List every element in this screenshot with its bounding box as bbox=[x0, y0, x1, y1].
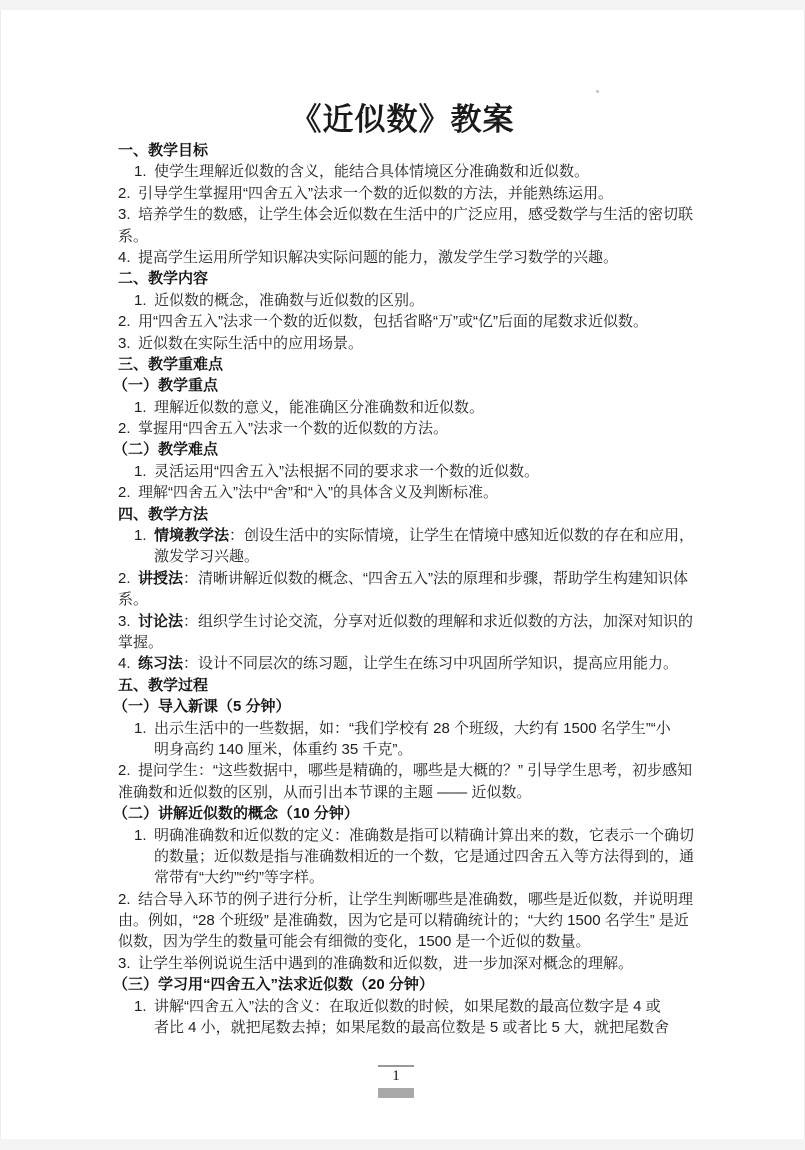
line-text: 提问学生：“这些数据中，哪些是精确的，哪些是大概的？” 引导学生思考，初步感知 bbox=[138, 762, 692, 779]
page-number: 1 bbox=[378, 1067, 414, 1086]
line-text: 培养学生的数感，让学生体会近似数在生活中的广泛应用，感受数学与生活的密切联 bbox=[138, 206, 693, 223]
doc-line: 3.讨论法：组织学生讨论交流，分享对近似数的理解和求近似数的方法，加深对知识的 bbox=[118, 611, 693, 632]
line-text: 准确数和近似数的区别，从而引出本节课的主题 —— 近似数。 bbox=[118, 784, 531, 801]
line-text: 明确准确数和近似数的定义：准确数是指可以精确计算出来的数，它表示一个确切 bbox=[154, 827, 694, 844]
doc-heading: （二）教学难点 bbox=[113, 439, 693, 460]
line-text: 引导学生掌握用“四舍五入”法求一个数的近似数的方法，并能熟练运用。 bbox=[138, 185, 613, 202]
line-text: 近似数的概念，准确数与近似数的区别。 bbox=[154, 292, 424, 309]
doc-heading: （二）讲解近似数的概念（10 分钟） bbox=[113, 803, 693, 824]
line-text: ：设计不同层次的练习题，让学生在练习中巩固所学知识，提高应用能力。 bbox=[183, 655, 678, 672]
doc-line: 掌握。 bbox=[118, 632, 693, 653]
doc-line: 4.练习法：设计不同层次的练习题，让学生在练习中巩固所学知识，提高应用能力。 bbox=[118, 653, 693, 674]
line-text: （二）讲解近似数的概念（10 分钟） bbox=[113, 805, 359, 822]
list-number: 3. bbox=[118, 611, 138, 632]
list-number: 2. bbox=[118, 889, 138, 910]
line-text: （三）学习用“四舍五入”法求近似数（20 分钟） bbox=[113, 976, 434, 993]
line-text: 二、教学内容 bbox=[118, 270, 208, 287]
doc-line: 1.情境教学法：创设生活中的实际情境，让学生在情境中感知近似数的存在和应用， bbox=[118, 525, 693, 546]
doc-heading: （一）导入新课（5 分钟） bbox=[113, 696, 693, 717]
list-number: 4. bbox=[118, 247, 138, 268]
line-text: 五、教学过程 bbox=[118, 677, 208, 694]
doc-heading: 四、教学方法 bbox=[118, 504, 693, 525]
line-text: 讲解“四舍五入”法的含义：在取近似数的时候，如果尾数的最高位数字是 4 或 bbox=[154, 998, 661, 1015]
doc-heading: （三）学习用“四舍五入”法求近似数（20 分钟） bbox=[113, 974, 693, 995]
line-text: 让学生举例说说生活中遇到的准确数和近似数，进一步加深对概念的理解。 bbox=[138, 955, 633, 972]
line-text: 系。 bbox=[118, 591, 148, 608]
line-text: ：创设生活中的实际情境，让学生在情境中感知近似数的存在和应用， bbox=[229, 527, 694, 544]
line-text: 使学生理解近似数的含义，能结合具体情境区分准确数和近似数。 bbox=[154, 163, 589, 180]
line-text: 一、教学目标 bbox=[118, 142, 208, 159]
line-text: 似数，因为学生的数量可能会有细微的变化，1500 是一个近似的数量。 bbox=[118, 933, 591, 950]
doc-line: 1.理解近似数的意义，能准确区分准确数和近似数。 bbox=[118, 397, 693, 418]
list-number: 2. bbox=[118, 760, 138, 781]
list-number: 2. bbox=[118, 418, 138, 439]
method-name-bold: 情境教学法 bbox=[154, 527, 229, 544]
doc-heading: 二、教学内容 bbox=[118, 268, 693, 289]
line-text: 结合导入环节的例子进行分析，让学生判断哪些是准确数，哪些是近似数，并说明理 bbox=[138, 891, 693, 908]
list-number: 2. bbox=[118, 311, 138, 332]
method-name-bold: 讨论法 bbox=[138, 613, 183, 630]
doc-line: 明身高约 140 厘米，体重约 35 千克”。 bbox=[118, 739, 693, 760]
list-number: 3. bbox=[118, 333, 138, 354]
line-text: 的数量；近似数是指与准确数相近的一个数，它是通过四舍五入等方法得到的，通 bbox=[154, 848, 694, 865]
line-text: 明身高约 140 厘米，体重约 35 千克”。 bbox=[154, 741, 412, 758]
doc-line: 1.灵活运用“四舍五入”法根据不同的要求求一个数的近似数。 bbox=[118, 461, 693, 482]
line-text: 四、教学方法 bbox=[118, 506, 208, 523]
line-text: 三、教学重难点 bbox=[118, 356, 223, 373]
scan-speck bbox=[596, 90, 599, 93]
doc-line: 由。例如，“28 个班级” 是准确数，因为它是可以精确统计的；“大约 1500 … bbox=[118, 910, 693, 931]
doc-line: 准确数和近似数的区别，从而引出本节课的主题 —— 近似数。 bbox=[118, 782, 693, 803]
line-text: 系。 bbox=[118, 228, 148, 245]
doc-line: 1.近似数的概念，准确数与近似数的区别。 bbox=[118, 290, 693, 311]
list-number: 1. bbox=[134, 161, 154, 182]
line-text: 提高学生运用所学知识解决实际问题的能力，激发学生学习数学的兴趣。 bbox=[138, 249, 618, 266]
doc-line: 2.提问学生：“这些数据中，哪些是精确的，哪些是大概的？” 引导学生思考，初步感… bbox=[118, 760, 693, 781]
list-number: 1. bbox=[134, 825, 154, 846]
list-number: 2. bbox=[118, 183, 138, 204]
doc-heading: （一）教学重点 bbox=[113, 375, 693, 396]
doc-line: 激发学习兴趣。 bbox=[118, 546, 693, 567]
doc-line: 2.掌握用“四舍五入”法求一个数的近似数的方法。 bbox=[118, 418, 693, 439]
doc-line: 4.提高学生运用所学知识解决实际问题的能力，激发学生学习数学的兴趣。 bbox=[118, 247, 693, 268]
doc-line: 2.结合导入环节的例子进行分析，让学生判断哪些是准确数，哪些是近似数，并说明理 bbox=[118, 889, 693, 910]
doc-heading: 五、教学过程 bbox=[118, 675, 693, 696]
line-text: 掌握用“四舍五入”法求一个数的近似数的方法。 bbox=[138, 420, 448, 437]
doc-heading: 三、教学重难点 bbox=[118, 354, 693, 375]
doc-line: 系。 bbox=[118, 226, 693, 247]
line-text: 激发学习兴趣。 bbox=[154, 548, 259, 565]
line-text: 灵活运用“四舍五入”法根据不同的要求求一个数的近似数。 bbox=[154, 463, 539, 480]
line-text: 理解近似数的意义，能准确区分准确数和近似数。 bbox=[154, 399, 484, 416]
line-text: 常带有“大约”“约”等字样。 bbox=[154, 869, 324, 886]
line-text: 用“四舍五入”法求一个数的近似数，包括省略“万”或“亿”后面的尾数求近似数。 bbox=[138, 313, 648, 330]
doc-line: 者比 4 小，就把尾数去掉；如果尾数的最高位数是 5 或者比 5 大，就把尾数舍 bbox=[118, 1017, 693, 1038]
list-number: 1. bbox=[134, 996, 154, 1017]
doc-line: 似数，因为学生的数量可能会有细微的变化，1500 是一个近似的数量。 bbox=[118, 931, 693, 952]
line-text: （二）教学难点 bbox=[113, 441, 218, 458]
method-name-bold: 练习法 bbox=[138, 655, 183, 672]
doc-line: 3.培养学生的数感，让学生体会近似数在生活中的广泛应用，感受数学与生活的密切联 bbox=[118, 204, 693, 225]
doc-line: 3.近似数在实际生活中的应用场景。 bbox=[118, 333, 693, 354]
list-number: 4. bbox=[118, 653, 138, 674]
page-footer: 1 bbox=[378, 1065, 414, 1098]
doc-line: 1.使学生理解近似数的含义，能结合具体情境区分准确数和近似数。 bbox=[118, 161, 693, 182]
line-text: 掌握。 bbox=[118, 634, 163, 651]
list-number: 1. bbox=[134, 718, 154, 739]
line-text: （一）教学重点 bbox=[113, 377, 218, 394]
doc-line: 常带有“大约”“约”等字样。 bbox=[118, 867, 693, 888]
line-text: 理解“四舍五入”法中“舍”和“入”的具体含义及判断标准。 bbox=[138, 484, 498, 501]
list-number: 2. bbox=[118, 482, 138, 503]
doc-line: 1.明确准确数和近似数的定义：准确数是指可以精确计算出来的数，它表示一个确切 bbox=[118, 825, 693, 846]
list-number: 2. bbox=[118, 568, 138, 589]
line-text: 由。例如，“28 个班级” 是准确数，因为它是可以精确统计的；“大约 1500 … bbox=[118, 912, 689, 929]
doc-line: 2.讲授法：清晰讲解近似数的概念、“四舍五入”法的原理和步骤，帮助学生构建知识体 bbox=[118, 568, 693, 589]
doc-line: 1.讲解“四舍五入”法的含义：在取近似数的时候，如果尾数的最高位数字是 4 或 bbox=[118, 996, 693, 1017]
doc-line: 3.让学生举例说说生活中遇到的准确数和近似数，进一步加深对概念的理解。 bbox=[118, 953, 693, 974]
document-page: 《近似数》教案 一、教学目标1.使学生理解近似数的含义，能结合具体情境区分准确数… bbox=[0, 10, 805, 1139]
list-number: 1. bbox=[134, 397, 154, 418]
line-text: （一）导入新课（5 分钟） bbox=[113, 698, 291, 715]
list-number: 1. bbox=[134, 290, 154, 311]
page-title: 《近似数》教案 bbox=[1, 94, 804, 139]
list-number: 1. bbox=[134, 461, 154, 482]
footer-gray-box bbox=[378, 1088, 414, 1098]
doc-line: 系。 bbox=[118, 589, 693, 610]
doc-line: 的数量；近似数是指与准确数相近的一个数，它是通过四舍五入等方法得到的，通 bbox=[118, 846, 693, 867]
line-text: 近似数在实际生活中的应用场景。 bbox=[138, 335, 363, 352]
list-number: 3. bbox=[118, 204, 138, 225]
doc-line: 2.理解“四舍五入”法中“舍”和“入”的具体含义及判断标准。 bbox=[118, 482, 693, 503]
doc-line: 1.出示生活中的一些数据，如：“我们学校有 28 个班级，大约有 1500 名学… bbox=[118, 718, 693, 739]
line-text: 出示生活中的一些数据，如：“我们学校有 28 个班级，大约有 1500 名学生”… bbox=[154, 720, 671, 737]
line-text: ：清晰讲解近似数的概念、“四舍五入”法的原理和步骤，帮助学生构建知识体 bbox=[183, 570, 688, 587]
list-number: 1. bbox=[134, 525, 154, 546]
doc-heading: 一、教学目标 bbox=[118, 140, 693, 161]
method-name-bold: 讲授法 bbox=[138, 570, 183, 587]
line-text: ：组织学生讨论交流，分享对近似数的理解和求近似数的方法，加深对知识的 bbox=[183, 613, 693, 630]
doc-line: 2.用“四舍五入”法求一个数的近似数，包括省略“万”或“亿”后面的尾数求近似数。 bbox=[118, 311, 693, 332]
list-number: 3. bbox=[118, 953, 138, 974]
line-text: 者比 4 小，就把尾数去掉；如果尾数的最高位数是 5 或者比 5 大，就把尾数舍 bbox=[154, 1019, 669, 1036]
doc-line: 2.引导学生掌握用“四舍五入”法求一个数的近似数的方法，并能熟练运用。 bbox=[118, 183, 693, 204]
screenshot-canvas: 《近似数》教案 一、教学目标1.使学生理解近似数的含义，能结合具体情境区分准确数… bbox=[0, 0, 805, 1150]
document-body: 一、教学目标1.使学生理解近似数的含义，能结合具体情境区分准确数和近似数。2.引… bbox=[118, 140, 693, 1038]
